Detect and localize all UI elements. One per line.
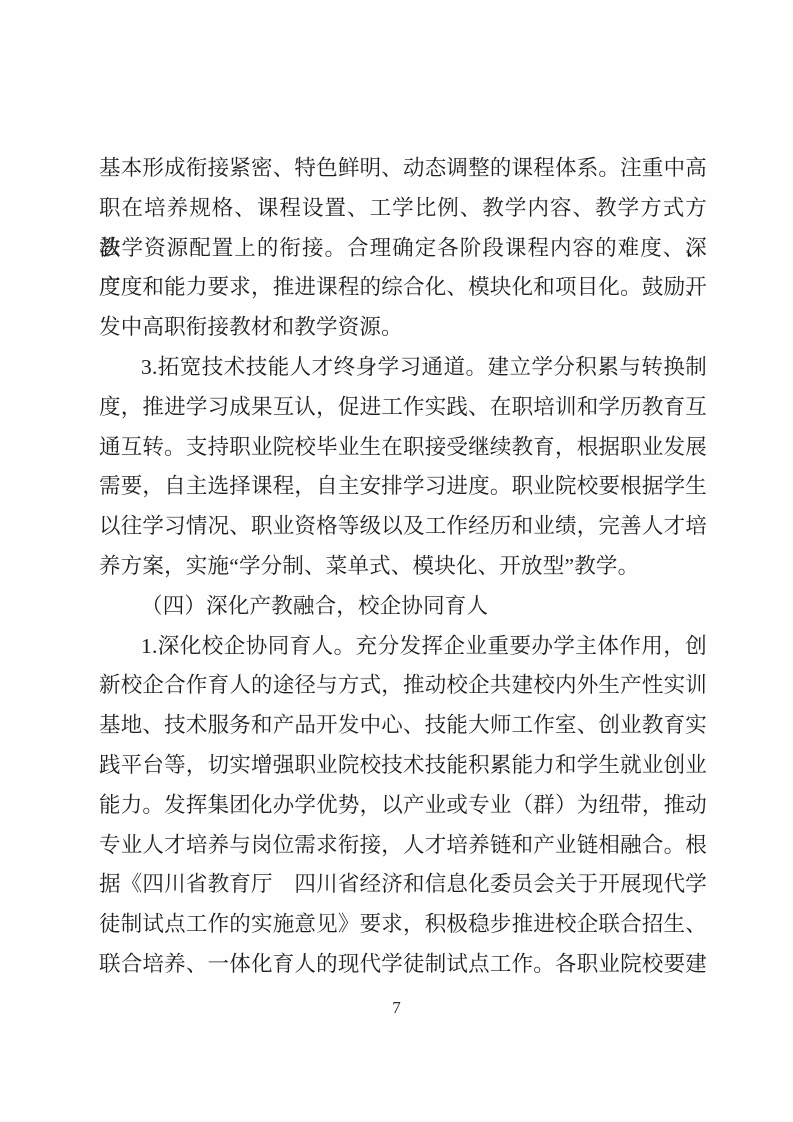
text-line: 联合培养、一体化育人的现代学徒制试点工作。各职业院校要建 — [99, 945, 707, 985]
text-line: 度，推进学习成果互认，促进工作实践、在职培训和学历教育互 — [99, 388, 707, 428]
paragraph-curriculum-linkage: 基本形成衔接紧密、特色鲜明、动态调整的课程体系。注重中高职在培养规格、课程设置、… — [99, 149, 707, 348]
text-line: 通互转。支持职业院校毕业生在职接受继续教育，根据职业发展 — [99, 428, 707, 468]
text-line: 基地、技术服务和产品开发中心、技能大师工作室、创业教育实 — [99, 706, 707, 746]
text-line: 专业人才培养与岗位需求衔接，人才培养链和产业链相融合。根 — [99, 826, 707, 866]
text-line: 新校企合作育人的途径与方式，推动校企共建校内外生产性实训 — [99, 666, 707, 706]
text-line: 养方案，实施“学分制、菜单式、模块化、开放型”教学。 — [99, 547, 707, 587]
document-page: 基本形成衔接紧密、特色鲜明、动态调整的课程体系。注重中高职在培养规格、课程设置、… — [0, 0, 793, 1122]
text-line: 据《四川省教育厅 四川省经济和信息化委员会关于开展现代学 — [99, 865, 707, 905]
paragraph-lifelong-learning: 3.拓宽技术技能人才终身学习通道。建立学分积累与转换制度，推进学习成果互认，促进… — [99, 348, 707, 587]
text-line: 1.深化校企协同育人。充分发挥企业重要办学主体作用，创 — [99, 627, 707, 667]
text-line: 发中高职衔接教材和教学资源。 — [99, 308, 707, 348]
paragraph-school-enterprise: 1.深化校企协同育人。充分发挥企业重要办学主体作用，创新校企合作育人的途径与方式… — [99, 627, 707, 985]
text-line: 3.拓宽技术技能人才终身学习通道。建立学分积累与转换制 — [99, 348, 707, 388]
text-line: 需要，自主选择课程，自主安排学习进度。职业院校要根据学生 — [99, 467, 707, 507]
text-line: 职在培养规格、课程设置、工学比例、教学内容、教学方式方法、 — [99, 189, 707, 229]
text-line: （四）深化产教融合，校企协同育人 — [99, 587, 707, 627]
text-line: 教学资源配置上的衔接。合理确定各阶段课程内容的难度、深度、 — [99, 229, 707, 269]
text-line: 以往学习情况、职业资格等级以及工作经历和业绩，完善人才培 — [99, 507, 707, 547]
text-line: 广度和能力要求，推进课程的综合化、模块化和项目化。鼓励开 — [99, 268, 707, 308]
text-line: 徒制试点工作的实施意见》要求，积极稳步推进校企联合招生、 — [99, 905, 707, 945]
text-line: 基本形成衔接紧密、特色鲜明、动态调整的课程体系。注重中高 — [99, 149, 707, 189]
text-line: 践平台等，切实增强职业院校技术技能积累能力和学生就业创业 — [99, 746, 707, 786]
page-footer: 7 — [0, 998, 793, 1018]
section-heading-four: （四）深化产教融合，校企协同育人 — [99, 587, 707, 627]
text-line: 能力。发挥集团化办学优势，以产业或专业（群）为纽带，推动 — [99, 786, 707, 826]
page-number: 7 — [392, 998, 401, 1017]
document-body: 基本形成衔接紧密、特色鲜明、动态调整的课程体系。注重中高职在培养规格、课程设置、… — [99, 149, 707, 985]
